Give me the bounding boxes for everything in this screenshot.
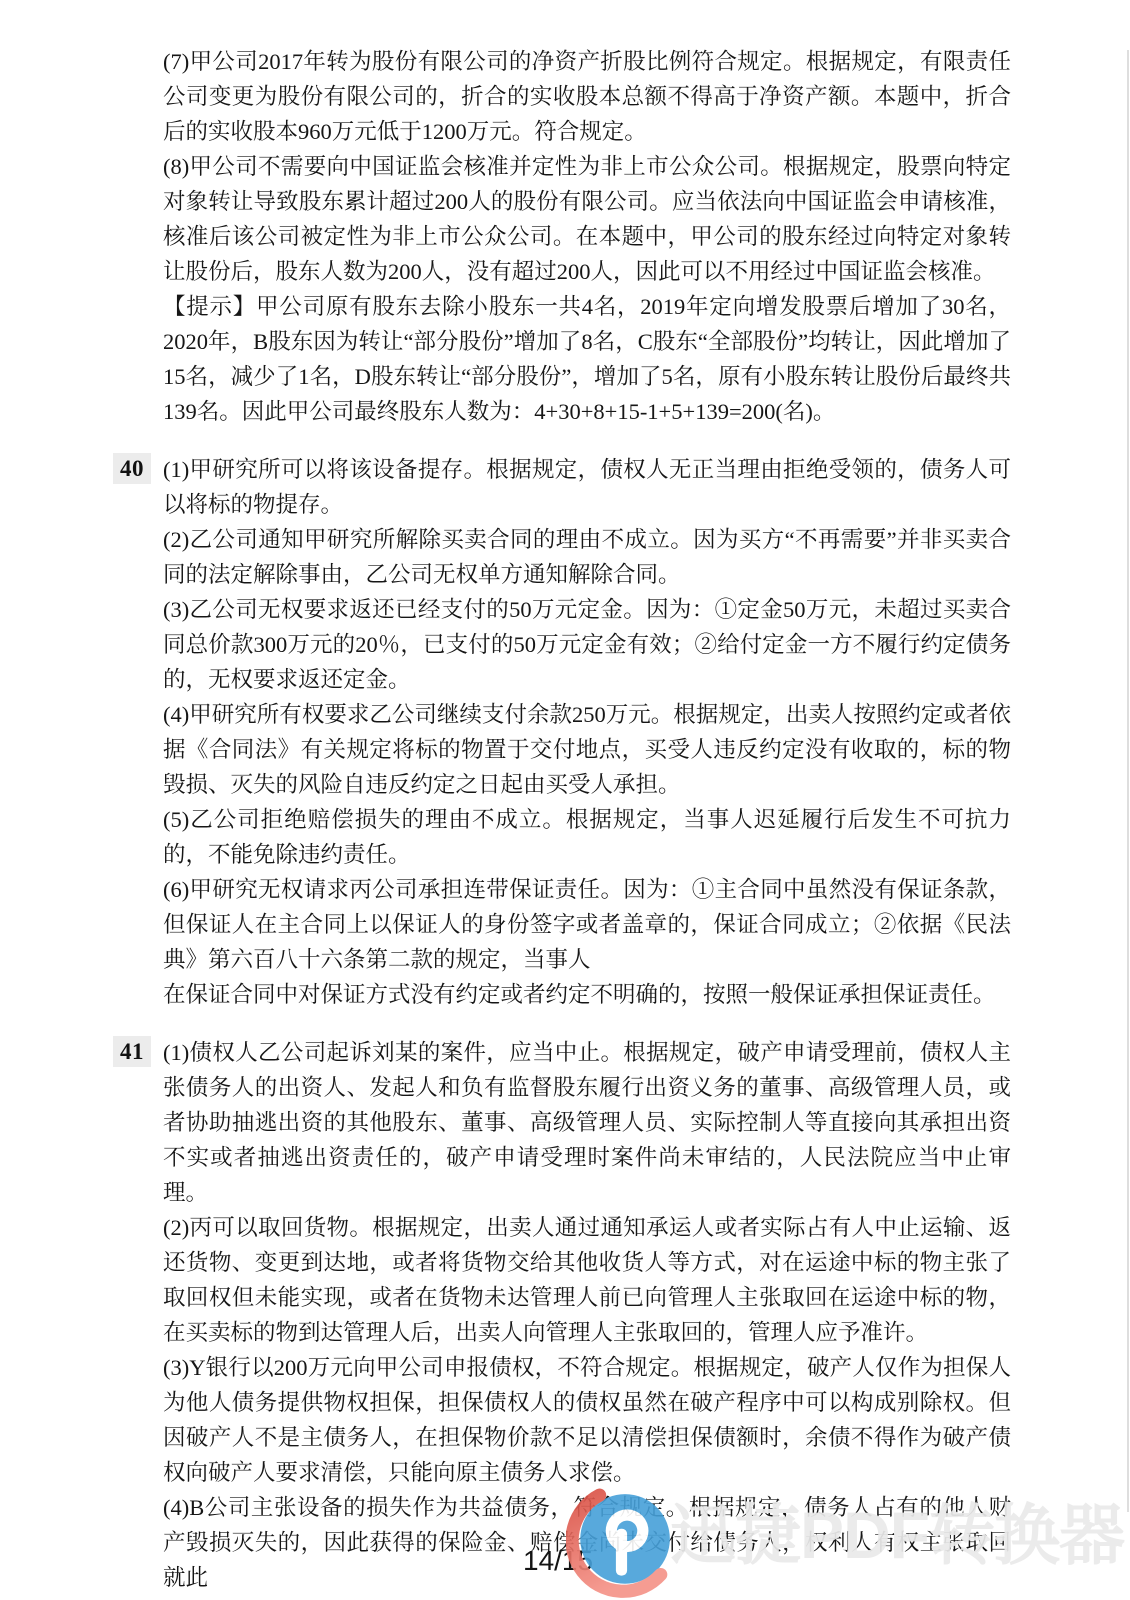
answer-paragraph: (1)甲研究所可以将该设备提存。根据规定，债权人无正当理由拒绝受领的，债务人可以… [163,452,1011,522]
answer-paragraph: 在保证合同中对保证方式没有约定或者约定不明确的，按照一般保证承担保证责任。 [163,977,1011,1012]
answer-paragraph: (4)甲研究所有权要求乙公司继续支付余款250万元。根据规定，出卖人按照约定或者… [163,697,1011,802]
answer-paragraph: (2)丙可以取回货物。根据规定，出卖人通过通知承运人或者实际占有人中止运输、返还… [163,1210,1011,1350]
answer-section-41: 41 (1)债权人乙公司起诉刘某的案件，应当中止。根据规定，破产申请受理前，债权… [163,1035,1011,1595]
answer-paragraph: (8)甲公司不需要向中国证监会核准并定性为非上市公众公司。根据规定，股票向特定对… [163,149,1011,289]
page-edge-line [1127,50,1129,1512]
footer-page-number: 14/15 [523,1545,593,1577]
question-number-badge: 40 [113,453,151,484]
answer-paragraph: (3)乙公司无权要求返还已经支付的50万元定金。因为：①定金50万元，未超过买卖… [163,592,1011,697]
answer-paragraph: (2)乙公司通知甲研究所解除买卖合同的理由不成立。因为买方“不再需要”并非买卖合… [163,522,1011,592]
answer-paragraph: (3)Y银行以200万元向甲公司申报债权，不符合规定。根据规定，破产人仅作为担保… [163,1350,1011,1490]
answers-text-body: (7)甲公司2017年转为股份有限公司的净资产折股比例符合规定。根据规定，有限责… [163,44,1011,1595]
answer-paragraph: (6)甲研究无权请求丙公司承担连带保证责任。因为：①主合同中虽然没有保证条款，但… [163,872,1011,977]
answer-paragraph: (5)乙公司拒绝赔偿损失的理由不成立。根据规定，当事人迟延履行后发生不可抗力的，… [163,802,1011,872]
answer-section-40: 40 (1)甲研究所可以将该设备提存。根据规定，债权人无正当理由拒绝受领的，债务… [163,452,1011,1012]
question-number-badge: 41 [113,1036,151,1067]
answer-paragraph: (1)债权人乙公司起诉刘某的案件，应当中止。根据规定，破产申请受理前，债权人主张… [163,1035,1011,1210]
answer-paragraph: (7)甲公司2017年转为股份有限公司的净资产折股比例符合规定。根据规定，有限责… [163,44,1011,149]
answer-paragraph: 【提示】甲公司原有股东去除小股东一共4名，2019年定向增发股票后增加了30名，… [163,289,1011,429]
document-page: (7)甲公司2017年转为股份有限公司的净资产折股比例符合规定。根据规定，有限责… [0,0,1130,1600]
answer-paragraph: (4)B公司主张设备的损失作为共益债务，符合规定。根据规定，债务人占有的他人财产… [163,1490,1011,1595]
answer-section-39-continued: (7)甲公司2017年转为股份有限公司的净资产折股比例符合规定。根据规定，有限责… [163,44,1011,429]
